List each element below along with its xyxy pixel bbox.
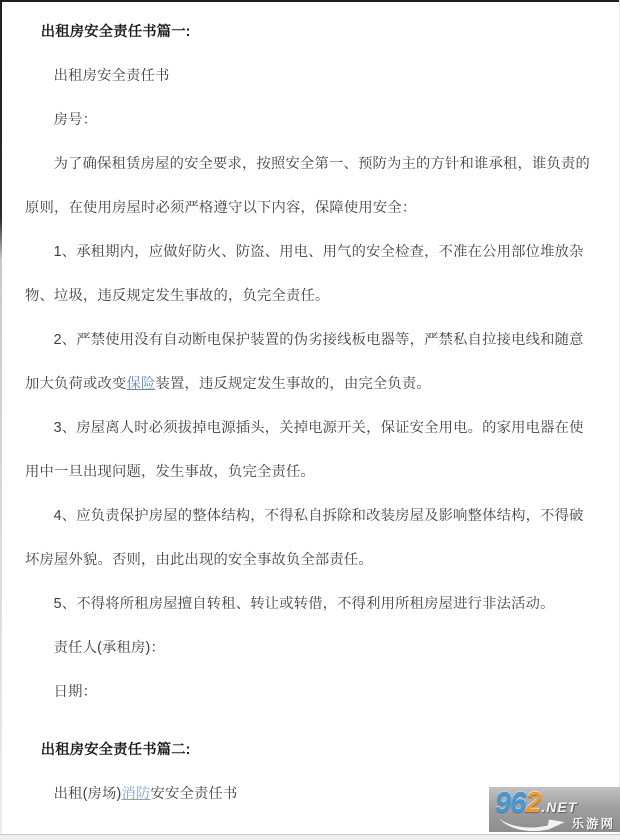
section-heading-1: 出租房安全责任书篇一:: [25, 10, 598, 54]
document-title: 出租房安全责任书: [25, 54, 598, 98]
bottom-bar: [0, 834, 620, 840]
clause-2: 2、严禁使用没有自动断电保护装置的伪劣接线板电器等，严禁私自拉接电线和随意加大负…: [25, 318, 598, 406]
fire-safety-link[interactable]: 消防: [122, 786, 151, 802]
document-content: 出租房安全责任书篇一: 出租房安全责任书 房号： 为了确保租赁房屋的安全要求，按…: [25, 10, 598, 816]
section-2-text-pre: 出租(房场): [54, 786, 122, 802]
watermark-domain: .NET: [541, 800, 577, 814]
watermark-logo: 962.NET 乐游网: [489, 787, 620, 832]
watermark-tagline-row: 乐游网: [495, 814, 615, 832]
document-page: 出租房安全责任书篇一: 出租房安全责任书 房号： 为了确保租赁房屋的安全要求，按…: [0, 0, 620, 840]
responsible-person-label: 责任人(承租房)：: [25, 626, 598, 670]
date-label: 日期：: [25, 670, 598, 714]
top-edge-line: [0, 0, 620, 2]
left-edge-line: [0, 0, 2, 840]
swoosh-arrow-icon: [496, 815, 568, 831]
room-number-label: 房号：: [25, 98, 598, 142]
watermark-number-blue: 96: [495, 789, 525, 818]
section-heading-2: 出租房安全责任书篇二:: [25, 728, 598, 772]
clause-4: 4、应负责保护房屋的整体结构，不得私自拆除和改装房屋及影响整体结构，不得破坏房屋…: [25, 494, 598, 582]
insurance-link[interactable]: 保险: [126, 376, 155, 392]
clause-3: 3、房屋离人时必须拔掉电源插头，关掉电源开关，保证安全用电。的家用电器在使用中一…: [25, 406, 598, 494]
intro-paragraph: 为了确保租赁房屋的安全要求，按照安全第一、预防为主的方针和谁承租，谁负责的原则，…: [25, 142, 598, 230]
watermark-site-name: 乐游网: [571, 814, 615, 832]
section-2-text-post: 安安全责任书: [151, 786, 238, 802]
clause-2-text-post: 装置，违反规定发生事故的，由完全负责。: [155, 376, 430, 392]
clause-5: 5、不得将所租房屋擅自转租、转让或转借，不得利用所租房屋进行非法活动。: [25, 582, 598, 626]
clause-1: 1、承租期内，应做好防火、防盗、用电、用气的安全检查，不准在公用部位堆放杂物、垃…: [25, 230, 598, 318]
watermark-number-orange: 2: [525, 789, 540, 818]
